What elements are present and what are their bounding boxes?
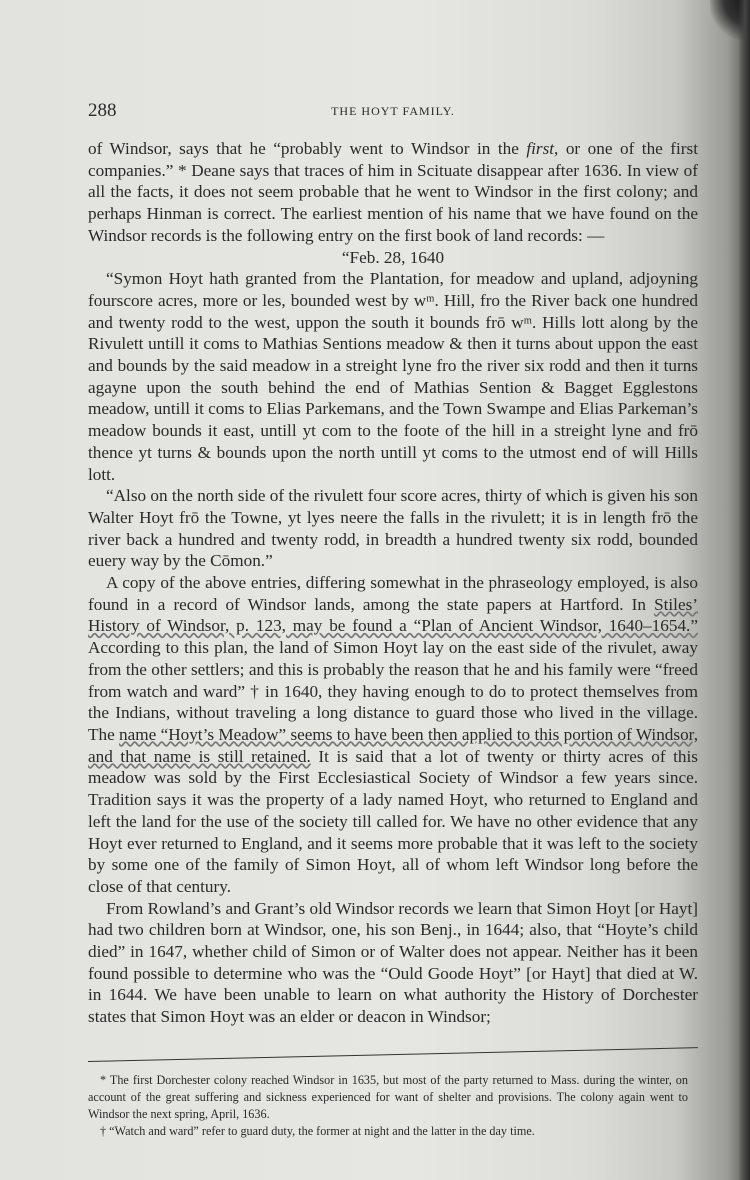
- scanned-book-page: 288 THE HOYT FAMILY. of Windsor, says th…: [0, 0, 750, 1180]
- text-span: A copy of the above entries, differing s…: [88, 573, 698, 614]
- italic-emphasis: first: [526, 139, 554, 158]
- footnote-divider: [88, 1047, 698, 1062]
- body-text: of Windsor, says that he “probably went …: [88, 138, 698, 1028]
- paragraph-north-side: “Also on the north side of the rivulett …: [88, 485, 698, 572]
- paragraph-copy-of-entries: A copy of the above entries, differing s…: [88, 572, 698, 898]
- running-title: THE HOYT FAMILY.: [88, 104, 698, 119]
- footnote-asterisk: * The first Dorchester colony reached Wi…: [88, 1072, 688, 1123]
- text-span: of Windsor, says that he “probably went …: [88, 139, 526, 158]
- paragraph-windsor-records: From Rowland’s and Grant’s old Windsor r…: [88, 898, 698, 1028]
- text-span: It is said that a lot of twenty or thirt…: [88, 747, 698, 896]
- record-dateline: “Feb. 28, 1640: [88, 247, 698, 269]
- paragraph-continuation: of Windsor, says that he “probably went …: [88, 138, 698, 247]
- footnote-dagger: † “Watch and ward” refer to guard duty, …: [88, 1123, 688, 1140]
- page-header: 288 THE HOYT FAMILY.: [88, 100, 698, 124]
- footnotes: * The first Dorchester colony reached Wi…: [88, 1072, 688, 1140]
- binding-edge-shadow: [738, 0, 750, 1180]
- paragraph-land-grant: “Symon Hoyt hath granted from the Planta…: [88, 268, 698, 485]
